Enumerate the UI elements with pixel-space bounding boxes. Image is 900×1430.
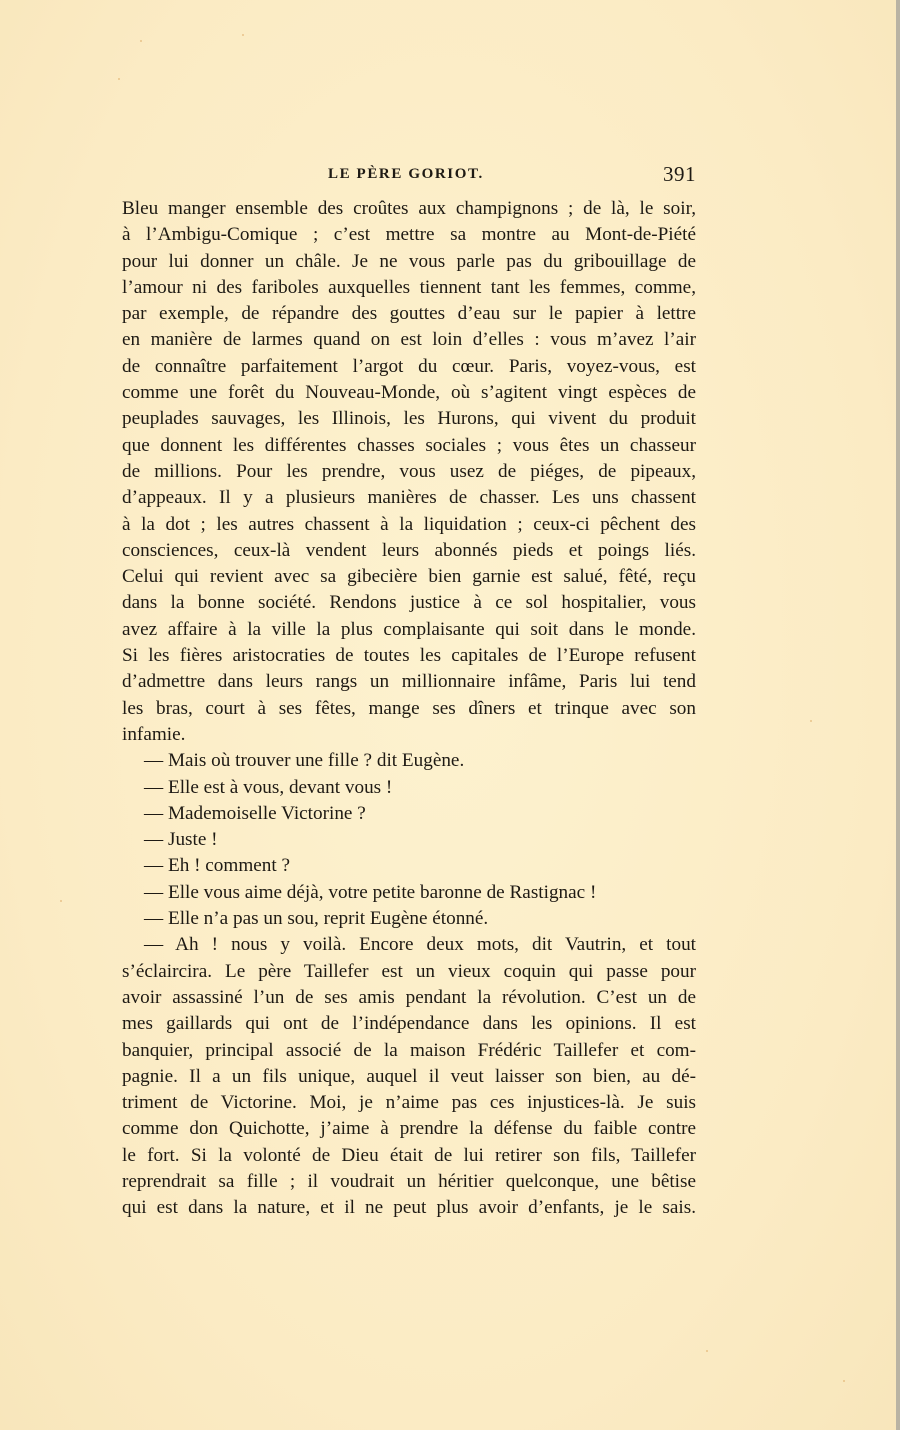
dialogue-line: — Eh ! comment ? [122, 853, 696, 879]
dialogue-line: — Ah ! nous y voilà. Encore deux mots, d… [122, 932, 696, 958]
dialogue-line: — Elle n’a pas un sou, reprit Eugène éto… [122, 906, 696, 932]
text-line: l’amour ni des fariboles auxquelles tien… [122, 275, 696, 301]
dialogue-line: — Mais où trouver une fille ? dit Eugène… [122, 748, 696, 774]
paper-speck [242, 34, 244, 36]
text-line: par exemple, de répandre des gouttes d’e… [122, 301, 696, 327]
text-line: Si les fières aristocraties de toutes le… [122, 643, 696, 669]
text-line: s’éclaircira. Le père Taillefer est un v… [122, 959, 696, 985]
text-line: pagnie. Il a un fils unique, auquel il v… [122, 1064, 696, 1090]
text-line: infamie. [122, 722, 696, 748]
text-line: peuplades sauvages, les Illinois, les Hu… [122, 406, 696, 432]
text-line: triment de Victorine. Moi, je n’aime pas… [122, 1090, 696, 1116]
text-line: qui est dans la nature, et il ne peut pl… [122, 1195, 696, 1221]
paper-speck [140, 40, 142, 42]
page-edge-shadow [896, 0, 900, 1430]
text-line: à la dot ; les autres chassent à la liqu… [122, 512, 696, 538]
text-line: banquier, principal associé de la maison… [122, 1038, 696, 1064]
text-line: comme une forêt du Nouveau-Monde, où s’a… [122, 380, 696, 406]
dialogue-line: — Elle vous aime déjà, votre petite baro… [122, 880, 696, 906]
text-line: mes gaillards qui ont de l’indépendance … [122, 1011, 696, 1037]
text-line: que donnent les différentes chasses soci… [122, 433, 696, 459]
text-line: consciences, ceux-là vendent leurs abonn… [122, 538, 696, 564]
text-line: de millions. Pour les prendre, vous usez… [122, 459, 696, 485]
paper-speck [118, 78, 120, 80]
dialogue-line: — Mademoiselle Victorine ? [122, 801, 696, 827]
text-line: dans la bonne société. Rendons justice à… [122, 590, 696, 616]
text-line: comme don Quichotte, j’aime à prendre la… [122, 1116, 696, 1142]
body-text: Bleu manger ensemble des croûtes aux cha… [122, 196, 696, 1222]
text-line: Celui qui revient avec sa gibecière bien… [122, 564, 696, 590]
text-line: reprendrait sa fille ; il voudrait un hé… [122, 1169, 696, 1195]
paper-speck [706, 1350, 708, 1352]
book-page: LE PÈRE GORIOT. 391 Bleu manger ensemble… [0, 0, 896, 1430]
text-line: de connaître parfaitement l’argot du cœu… [122, 354, 696, 380]
dialogue-line: — Juste ! [122, 827, 696, 853]
text-line: Bleu manger ensemble des croûtes aux cha… [122, 196, 696, 222]
text-line: les bras, court à ses fêtes, mange ses d… [122, 696, 696, 722]
paper-speck [843, 1380, 845, 1382]
paper-speck [60, 900, 62, 902]
text-line: le fort. Si la volonté de Dieu était de … [122, 1143, 696, 1169]
page-header: LE PÈRE GORIOT. 391 [122, 162, 696, 190]
running-title: LE PÈRE GORIOT. [328, 166, 484, 183]
text-line: à l’Ambigu-Comique ; c’est mettre sa mon… [122, 222, 696, 248]
paper-speck [810, 720, 812, 722]
text-line: pour lui donner un châle. Je ne vous par… [122, 249, 696, 275]
text-line: d’appeaux. Il y a plusieurs manières de … [122, 485, 696, 511]
text-line: avoir assassiné l’un de ses amis pendant… [122, 985, 696, 1011]
text-line: d’admettre dans leurs rangs un millionna… [122, 669, 696, 695]
dialogue-line: — Elle est à vous, devant vous ! [122, 775, 696, 801]
text-line: en manière de larmes quand on est loin d… [122, 327, 696, 353]
text-line: avez affaire à la ville la plus complais… [122, 617, 696, 643]
page-number: 391 [663, 162, 696, 187]
